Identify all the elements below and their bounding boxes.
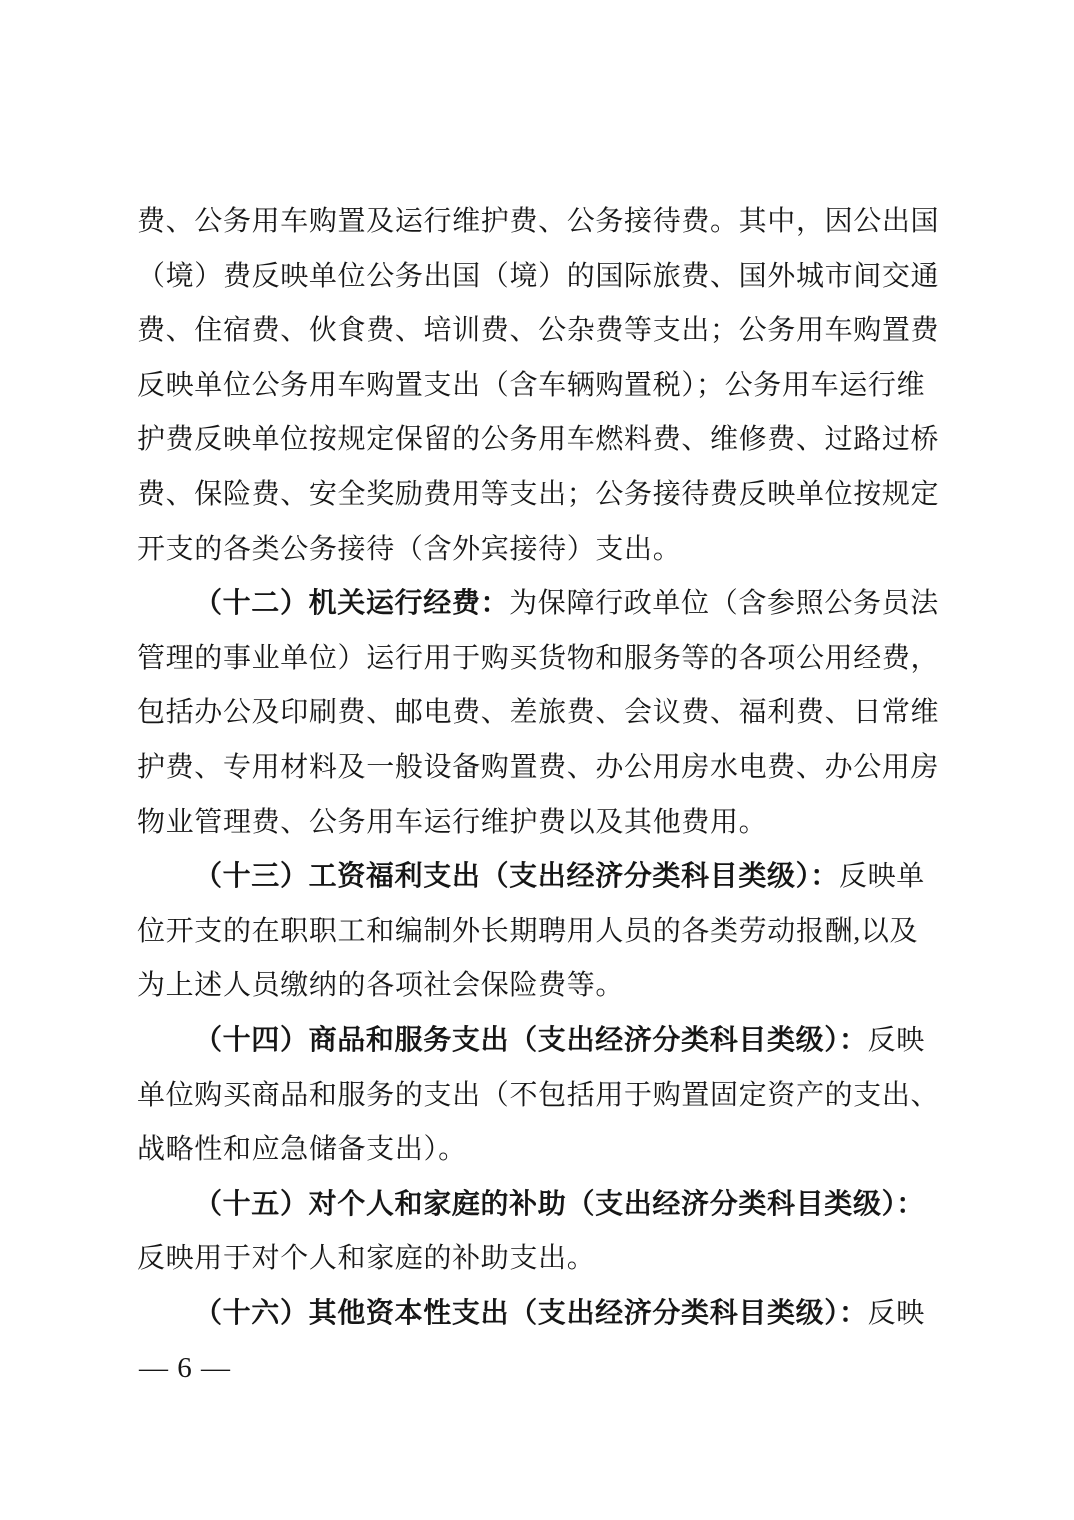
document-line: 物业管理费、公务用车运行维护费以及其他费用。 xyxy=(137,796,952,851)
heading-segment: （十六）其他资本性支出（支出经济分类科目类级）： xyxy=(194,1298,868,1329)
text-segment: 物业管理费、公务用车运行维护费以及其他费用。 xyxy=(137,807,767,838)
text-segment: 费、保险费、安全奖励费用等支出；公务接待费反映单位按规定 xyxy=(137,479,939,510)
paragraph: （十六）其他资本性支出（支出经济分类科目类级）：反映 xyxy=(137,1287,952,1342)
document-line: （十三）工资福利支出（支出经济分类科目类级）：反映单 xyxy=(137,850,952,905)
paragraph: （十三）工资福利支出（支出经济分类科目类级）：反映单位开支的在职职工和编制外长期… xyxy=(137,850,952,1014)
document-line: 费、住宿费、伙食费、培训费、公杂费等支出；公务用车购置费 xyxy=(137,304,952,359)
text-segment: 战略性和应急储备支出）。 xyxy=(137,1134,467,1165)
paragraph: （十五）对个人和家庭的补助（支出经济分类科目类级）：反映用于对个人和家庭的补助支… xyxy=(137,1178,952,1287)
page-number: — 6 — xyxy=(139,1352,231,1384)
document-line: 单位购买商品和服务的支出（不包括用于购置固定资产的支出、 xyxy=(137,1069,952,1124)
paragraph: （十四）商品和服务支出（支出经济分类科目类级）：反映单位购买商品和服务的支出（不… xyxy=(137,1014,952,1178)
document-content: 费、公务用车购置及运行维护费、公务接待费。其中，因公出国（境）费反映单位公务出国… xyxy=(137,195,952,1341)
paragraph: （十二）机关运行经费：为保障行政单位（含参照公务员法管理的事业单位）运行用于购买… xyxy=(137,577,952,850)
document-line: 管理的事业单位）运行用于购买货物和服务等的各项公用经费， xyxy=(137,632,952,687)
document-page: 费、公务用车购置及运行维护费、公务接待费。其中，因公出国（境）费反映单位公务出国… xyxy=(0,0,1074,1520)
document-line: 护费、专用材料及一般设备购置费、办公用房水电费、办公用房 xyxy=(137,741,952,796)
text-segment: 反映单 xyxy=(839,861,925,892)
document-line: 反映用于对个人和家庭的补助支出。 xyxy=(137,1232,952,1287)
document-line: （十四）商品和服务支出（支出经济分类科目类级）：反映 xyxy=(137,1014,952,1069)
text-segment: 反映 xyxy=(868,1025,925,1056)
heading-segment: （十五）对个人和家庭的补助（支出经济分类科目类级）： xyxy=(194,1189,925,1220)
document-line: 费、保险费、安全奖励费用等支出；公务接待费反映单位按规定 xyxy=(137,468,952,523)
text-segment: 反映 xyxy=(868,1298,925,1329)
footer: — 6 — xyxy=(139,1347,231,1389)
document-line: （十五）对个人和家庭的补助（支出经济分类科目类级）： xyxy=(137,1178,952,1233)
text-segment: 反映用于对个人和家庭的补助支出。 xyxy=(137,1243,595,1274)
document-line: 为上述人员缴纳的各项社会保险费等。 xyxy=(137,959,952,1014)
text-segment: 为上述人员缴纳的各项社会保险费等。 xyxy=(137,970,624,1001)
text-segment: 反映单位公务用车购置支出（含车辆购置税）；公务用车运行维 xyxy=(137,370,925,401)
text-segment: 管理的事业单位）运行用于购买货物和服务等的各项公用经费， xyxy=(137,643,939,674)
document-line: （境）费反映单位公务出国（境）的国际旅费、国外城市间交通 xyxy=(137,250,952,305)
document-line: 位开支的在职职工和编制外长期聘用人员的各类劳动报酬,以及 xyxy=(137,905,952,960)
heading-segment: （十四）商品和服务支出（支出经济分类科目类级）： xyxy=(194,1025,868,1056)
text-segment: 位开支的在职职工和编制外长期聘用人员的各类劳动报酬,以及 xyxy=(137,916,918,947)
text-segment: 费、住宿费、伙食费、培训费、公杂费等支出；公务用车购置费 xyxy=(137,315,939,346)
document-line: 护费反映单位按规定保留的公务用车燃料费、维修费、过路过桥 xyxy=(137,413,952,468)
heading-segment: （十二）机关运行经费： xyxy=(194,588,509,619)
text-segment: 护费、专用材料及一般设备购置费、办公用房水电费、办公用房 xyxy=(137,752,939,783)
document-line: （十六）其他资本性支出（支出经济分类科目类级）：反映 xyxy=(137,1287,952,1342)
text-segment: 护费反映单位按规定保留的公务用车燃料费、维修费、过路过桥 xyxy=(137,424,939,455)
document-line: （十二）机关运行经费：为保障行政单位（含参照公务员法 xyxy=(137,577,952,632)
document-line: 反映单位公务用车购置支出（含车辆购置税）；公务用车运行维 xyxy=(137,359,952,414)
text-segment: 费、公务用车购置及运行维护费、公务接待费。其中，因公出国 xyxy=(137,206,939,237)
text-segment: 为保障行政单位（含参照公务员法 xyxy=(509,588,939,619)
text-segment: （境）费反映单位公务出国（境）的国际旅费、国外城市间交通 xyxy=(137,261,939,292)
document-line: 费、公务用车购置及运行维护费、公务接待费。其中，因公出国 xyxy=(137,195,952,250)
text-segment: 包括办公及印刷费、邮电费、差旅费、会议费、福利费、日常维 xyxy=(137,697,939,728)
document-line: 包括办公及印刷费、邮电费、差旅费、会议费、福利费、日常维 xyxy=(137,686,952,741)
paragraph: 费、公务用车购置及运行维护费、公务接待费。其中，因公出国（境）费反映单位公务出国… xyxy=(137,195,952,577)
heading-segment: （十三）工资福利支出（支出经济分类科目类级）： xyxy=(194,861,839,892)
document-line: 开支的各类公务接待（含外宾接待）支出。 xyxy=(137,523,952,578)
text-segment: 开支的各类公务接待（含外宾接待）支出。 xyxy=(137,534,681,565)
document-line: 战略性和应急储备支出）。 xyxy=(137,1123,952,1178)
text-segment: 单位购买商品和服务的支出（不包括用于购置固定资产的支出、 xyxy=(137,1080,939,1111)
